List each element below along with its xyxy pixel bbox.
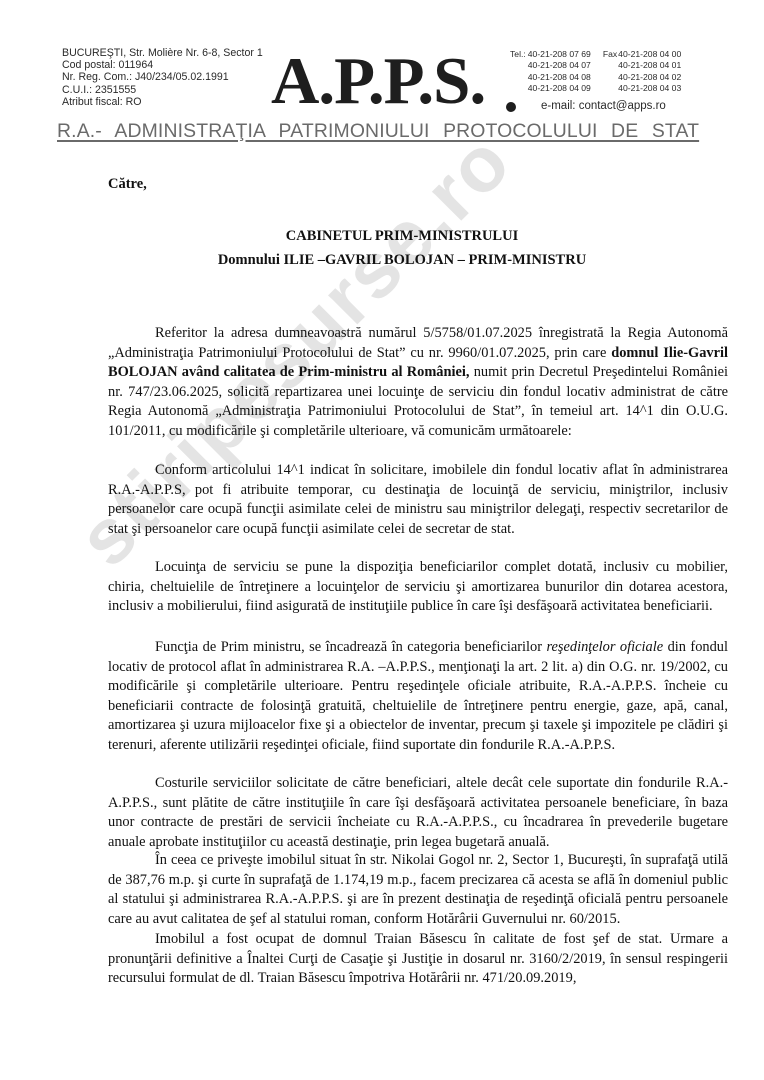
- paragraph-italic-text: reşedinţelor oficiale: [546, 639, 663, 655]
- paragraph-1: Referitor la adresa dumneavoastră număru…: [108, 324, 728, 441]
- recipient-name: Domnului ILIE –GAVRIL BOLOJAN – PRIM-MIN…: [20, 252, 764, 269]
- salutation: Către,: [108, 176, 147, 193]
- paragraph-4: Funcţia de Prim ministru, se încadrează …: [108, 638, 728, 755]
- bullet-icon: [506, 102, 516, 112]
- tel-number: 40-21-208 04 09: [528, 83, 591, 94]
- address-line: BUCUREŞTI, Str. Molière Nr. 6-8, Sector …: [62, 47, 263, 59]
- document-page: stiripesurse.ro BUCUREŞTI, Str. Molière …: [0, 0, 764, 1080]
- tel-label: Tel.:: [510, 49, 528, 60]
- fiscal-attribute: Atribut fiscal: RO: [62, 96, 263, 108]
- tel-number: 40-21-208 04 07: [528, 60, 591, 71]
- recipient-office: CABINETUL PRIM-MINISTRULUI: [20, 228, 764, 245]
- paragraph-6: În ceea ce priveşte imobilul situat în s…: [108, 851, 728, 929]
- fax-label: Fax: [591, 49, 618, 60]
- paragraph-text: din fondul locativ de protocol aflat în …: [108, 639, 728, 753]
- apps-logo: A.P.P.S.: [271, 46, 485, 116]
- fax-number: 40-21-208 04 02: [618, 72, 681, 83]
- tel-number: 40-21-208 07 69: [528, 49, 591, 60]
- paragraph-3: Locuinţa de serviciu se pune la dispoziţ…: [108, 558, 728, 617]
- paragraph-7: Imobilul a fost ocupat de domnul Traian …: [108, 930, 728, 989]
- cui: C.U.I.: 2351555: [62, 84, 263, 96]
- tel-number: 40-21-208 04 08: [528, 72, 591, 83]
- paragraph-2: Conform articolului 14^1 indicat în soli…: [108, 461, 728, 539]
- letterhead-contacts: Tel.: 40-21-208 07 69 Fax 40-21-208 04 0…: [510, 49, 681, 95]
- email-address: e-mail: contact@apps.ro: [541, 100, 666, 112]
- fax-number: 40-21-208 04 03: [618, 83, 681, 94]
- registration-number: Nr. Reg. Com.: J40/234/05.02.1991: [62, 71, 263, 83]
- postal-code: Cod postal: 011964: [62, 59, 263, 71]
- letterhead-address: BUCUREŞTI, Str. Molière Nr. 6-8, Sector …: [62, 47, 263, 108]
- paragraph-5: Costurile serviciilor solicitate de cătr…: [108, 774, 728, 852]
- paragraph-text: Funcţia de Prim ministru, se încadrează …: [155, 639, 546, 655]
- fax-number: 40-21-208 04 01: [618, 60, 681, 71]
- organization-title: R.A.- ADMINISTRAŢIA PATRIMONIULUI PROTOC…: [57, 120, 727, 142]
- fax-number: 40-21-208 04 00: [618, 49, 681, 60]
